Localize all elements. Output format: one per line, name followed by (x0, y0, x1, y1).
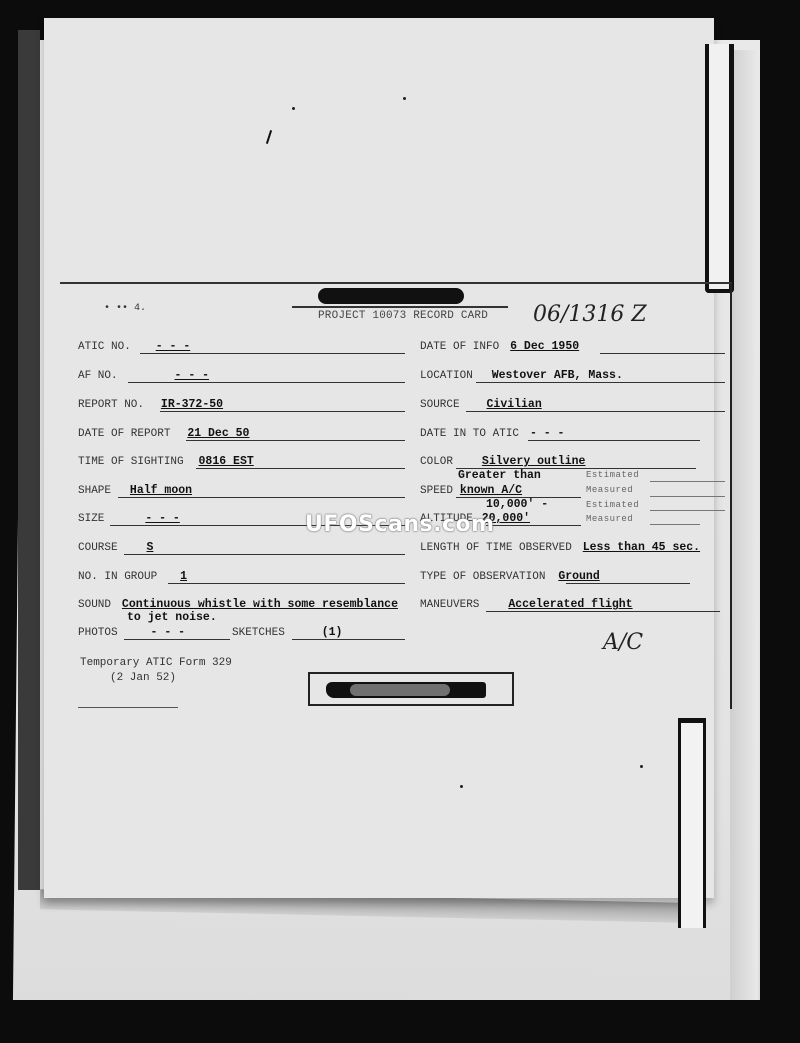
field-altitude-line1: 10,000' - (486, 498, 548, 511)
margin-marks: • •• 4. (104, 303, 146, 314)
field-value: 1 (180, 570, 187, 583)
field-label: NO. IN GROUP (78, 571, 157, 583)
field-rule (466, 411, 725, 412)
field-value: 21 Dec 50 (187, 427, 249, 440)
field-speed-line1: Greater than (458, 469, 541, 482)
field-label: DATE OF INFO (420, 341, 499, 353)
field-value: 0816 EST (199, 455, 254, 468)
scan-border-right (760, 40, 800, 1043)
watermark: UFOScans.com (305, 512, 495, 537)
altitude-measured-label: Measured (586, 514, 633, 524)
field-speed: SPEED known A/C (420, 484, 522, 497)
field-label: SHAPE (78, 485, 111, 497)
field-af-no: AF NO. - - - (78, 369, 209, 382)
field-label: SOUND (78, 599, 111, 611)
field-label: PHOTOS (78, 627, 118, 639)
field-value: Ground (558, 570, 599, 583)
field-rule (196, 468, 405, 469)
title-rule (292, 306, 508, 308)
field-value: 10,000' - (486, 498, 548, 511)
speed-estimated-label: Estimated (586, 470, 639, 480)
field-label: ATIC NO. (78, 341, 131, 353)
field-label: REPORT NO. (78, 399, 144, 411)
field-value: Less than 45 sec. (583, 541, 700, 554)
form-note: Temporary ATIC Form 329 (2 Jan 52) (80, 656, 232, 686)
field-rule (486, 525, 581, 526)
field-value: Accelerated flight (508, 598, 632, 611)
scan-border-bottom (0, 1000, 800, 1043)
field-shape: SHAPE Half moon (78, 484, 192, 497)
card-bottom-rule (78, 707, 178, 708)
field-label: MANEUVERS (420, 599, 479, 611)
field-value: (1) (322, 626, 343, 639)
binder-clip-bottom (678, 718, 706, 928)
adjacent-sheet-edge (730, 50, 758, 1010)
speed-measured-label: Measured (586, 485, 633, 495)
field-no-in-group: NO. IN GROUP 1 (78, 570, 187, 583)
field-label: SKETCHES (232, 627, 285, 639)
field-label: LENGTH OF TIME OBSERVED (420, 542, 572, 554)
field-rule (160, 411, 405, 412)
binder-clip-top (705, 44, 734, 293)
field-rule (292, 639, 405, 640)
field-value: - - - (530, 427, 565, 440)
card-title: PROJECT 10073 RECORD CARD (318, 310, 488, 322)
field-value: to jet noise. (127, 611, 217, 624)
field-type-of-observation: TYPE OF OBSERVATION Ground (420, 570, 600, 583)
field-label: SPEED (420, 485, 453, 497)
field-value: Silvery outline (482, 455, 586, 468)
field-value: Greater than (458, 469, 541, 482)
field-sound-continued: to jet noise. (127, 611, 217, 624)
field-label: SIZE (78, 513, 104, 525)
field-photos: PHOTOS - - - (78, 626, 185, 639)
field-label: DATE OF REPORT (78, 428, 170, 440)
field-rule (600, 353, 725, 354)
speck (460, 785, 463, 788)
redaction-faded-text (350, 684, 450, 696)
field-sound: SOUND Continuous whistle with some resem… (78, 598, 398, 611)
field-size: SIZE - - - (78, 512, 180, 525)
field-label: DATE IN TO ATIC (420, 428, 519, 440)
handwritten-initials: A/C (603, 630, 643, 655)
field-rule (124, 554, 405, 555)
field-rule (476, 382, 725, 383)
field-value: Continuous whistle with some resemblance (122, 598, 398, 611)
form-date: (2 Jan 52) (110, 671, 232, 686)
field-label: TIME OF SIGHTING (78, 456, 184, 468)
field-date-of-report: DATE OF REPORT 21 Dec 50 (78, 427, 249, 440)
field-rule (650, 524, 700, 525)
field-label: AF NO. (78, 370, 118, 382)
field-date-in-to-atic: DATE IN TO ATIC - - - (420, 427, 564, 440)
field-color: COLOR Silvery outline (420, 455, 585, 468)
field-source: SOURCE Civilian (420, 398, 542, 411)
field-maneuvers: MANEUVERS Accelerated flight (420, 598, 633, 611)
field-rule (650, 496, 725, 497)
field-value: - - - (156, 340, 191, 353)
field-label: LOCATION (420, 370, 473, 382)
field-value: Half moon (130, 484, 192, 497)
field-length-of-time: LENGTH OF TIME OBSERVED Less than 45 sec… (420, 541, 700, 554)
field-rule (566, 583, 690, 584)
field-atic-no: ATIC NO. - - - (78, 340, 190, 353)
field-value: - - - (175, 369, 210, 382)
field-value: IR-372-50 (161, 398, 223, 411)
speck (403, 97, 406, 100)
field-value: 6 Dec 1950 (510, 340, 579, 353)
field-label: COURSE (78, 542, 118, 554)
field-rule (168, 583, 405, 584)
field-value: known A/C (460, 484, 522, 497)
speck (292, 107, 295, 110)
field-value: S (147, 541, 154, 554)
field-location: LOCATION Westover AFB, Mass. (420, 369, 623, 382)
field-sketches: SKETCHES (1) (232, 626, 342, 639)
field-value: - - - (151, 626, 186, 639)
field-label: SOURCE (420, 399, 460, 411)
field-value: - - - (145, 512, 180, 525)
field-date-of-info: DATE OF INFO 6 Dec 1950 (420, 340, 579, 353)
field-rule (186, 440, 405, 441)
field-rule (140, 353, 405, 354)
field-rule (650, 481, 725, 482)
field-label: TYPE OF OBSERVATION (420, 571, 545, 583)
field-rule (128, 382, 405, 383)
altitude-estimated-label: Estimated (586, 500, 639, 510)
page-left-shadow (18, 30, 40, 890)
redaction-mark-top (318, 288, 464, 304)
field-label: COLOR (420, 456, 453, 468)
form-name: Temporary ATIC Form 329 (80, 656, 232, 671)
field-time-of-sighting: TIME OF SIGHTING 0816 EST (78, 455, 254, 468)
field-value: Westover AFB, Mass. (492, 369, 623, 382)
field-rule (486, 611, 720, 612)
speck (640, 765, 643, 768)
field-rule (124, 639, 230, 640)
field-rule (650, 510, 725, 511)
field-rule (528, 440, 700, 441)
field-report-no: REPORT NO. IR-372-50 (78, 398, 223, 411)
field-course: COURSE S (78, 541, 153, 554)
field-value: Civilian (487, 398, 542, 411)
handwritten-reference: 06/1316 Z (533, 302, 647, 327)
field-rule (118, 497, 405, 498)
